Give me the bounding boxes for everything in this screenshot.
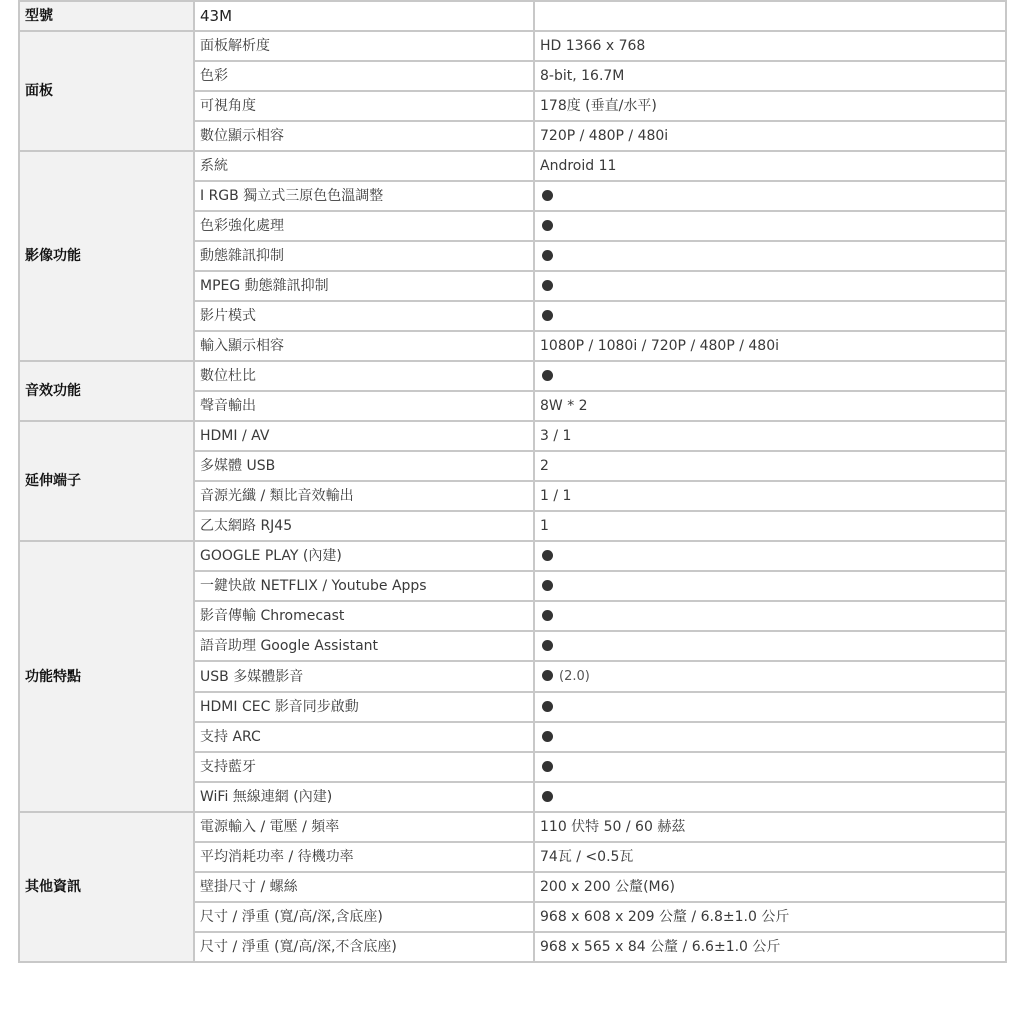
spec-value: 8W * 2 <box>534 391 1006 421</box>
spec-label: 語音助理 Google Assistant <box>194 631 534 661</box>
spec-row: 功能特點GOOGLE PLAY (內建) <box>19 541 1006 571</box>
spec-value: 2 <box>534 451 1006 481</box>
category-label: 影像功能 <box>19 151 194 361</box>
supported-bullet-icon <box>542 250 553 261</box>
category-label: 面板 <box>19 31 194 151</box>
supported-bullet-icon <box>542 190 553 201</box>
supported-bullet-icon <box>542 310 553 321</box>
spec-value: 968 x 608 x 209 公釐 / 6.8±1.0 公斤 <box>534 902 1006 932</box>
spec-label: 支持 ARC <box>194 722 534 752</box>
supported-bullet-icon <box>542 610 553 621</box>
spec-label: WiFi 無線連網 (內建) <box>194 782 534 812</box>
spec-label: MPEG 動態雜訊抑制 <box>194 271 534 301</box>
spec-value <box>534 692 1006 722</box>
supported-bullet-icon <box>542 640 553 651</box>
spec-label: 聲音輸出 <box>194 391 534 421</box>
spec-label: 數位顯示相容 <box>194 121 534 151</box>
spec-value <box>534 722 1006 752</box>
spec-label: 輸入顯示相容 <box>194 331 534 361</box>
spec-value: HD 1366 x 768 <box>534 31 1006 61</box>
spec-label: 色彩強化處理 <box>194 211 534 241</box>
spec-label: 音源光纖 / 類比音效輸出 <box>194 481 534 511</box>
spec-value: Android 11 <box>534 151 1006 181</box>
supported-bullet-icon <box>542 280 553 291</box>
spec-label: 多媒體 USB <box>194 451 534 481</box>
model-row: 型號 43M <box>19 1 1006 31</box>
spec-label: HDMI / AV <box>194 421 534 451</box>
spec-label: 動態雜訊抑制 <box>194 241 534 271</box>
supported-bullet-icon <box>542 731 553 742</box>
spec-table-body: 型號 43M 面板面板解析度HD 1366 x 768色彩8-bit, 16.7… <box>19 1 1006 962</box>
spec-value <box>534 571 1006 601</box>
spec-value <box>534 241 1006 271</box>
spec-label: 色彩 <box>194 61 534 91</box>
spec-value <box>534 752 1006 782</box>
spec-label: 尺寸 / 淨重 (寬/高/深,不含底座) <box>194 932 534 962</box>
supported-bullet-icon <box>542 370 553 381</box>
spec-row: 面板面板解析度HD 1366 x 768 <box>19 31 1006 61</box>
model-empty-cell <box>534 1 1006 31</box>
spec-label: I RGB 獨立式三原色色溫調整 <box>194 181 534 211</box>
spec-value <box>534 541 1006 571</box>
spec-value: 720P / 480P / 480i <box>534 121 1006 151</box>
spec-label: 影片模式 <box>194 301 534 331</box>
spec-label: 支持藍牙 <box>194 752 534 782</box>
spec-label: 可視角度 <box>194 91 534 121</box>
spec-label: GOOGLE PLAY (內建) <box>194 541 534 571</box>
spec-value: 968 x 565 x 84 公釐 / 6.6±1.0 公斤 <box>534 932 1006 962</box>
spec-value: 3 / 1 <box>534 421 1006 451</box>
spec-label: 一鍵快啟 NETFLIX / Youtube Apps <box>194 571 534 601</box>
model-label: 型號 <box>19 1 194 31</box>
spec-row: 延伸端子HDMI / AV3 / 1 <box>19 421 1006 451</box>
spec-label: 乙太網路 RJ45 <box>194 511 534 541</box>
category-label: 延伸端子 <box>19 421 194 541</box>
spec-value: 8-bit, 16.7M <box>534 61 1006 91</box>
supported-bullet-icon <box>542 550 553 561</box>
spec-label: 系統 <box>194 151 534 181</box>
spec-value: 110 伏特 50 / 60 赫茲 <box>534 812 1006 842</box>
spec-value: (2.0) <box>534 661 1006 692</box>
supported-bullet-icon <box>542 580 553 591</box>
spec-value: 1080P / 1080i / 720P / 480P / 480i <box>534 331 1006 361</box>
category-label: 功能特點 <box>19 541 194 812</box>
spec-table: 型號 43M 面板面板解析度HD 1366 x 768色彩8-bit, 16.7… <box>18 0 1007 963</box>
spec-value <box>534 361 1006 391</box>
spec-value <box>534 271 1006 301</box>
spec-label: 數位杜比 <box>194 361 534 391</box>
spec-label: 影音傳輸 Chromecast <box>194 601 534 631</box>
spec-value: 1 / 1 <box>534 481 1006 511</box>
spec-value: 178度 (垂直/水平) <box>534 91 1006 121</box>
spec-row: 其他資訊電源輸入 / 電壓 / 頻率110 伏特 50 / 60 赫茲 <box>19 812 1006 842</box>
spec-value <box>534 301 1006 331</box>
supported-bullet-icon <box>542 220 553 231</box>
spec-value: 200 x 200 公釐(M6) <box>534 872 1006 902</box>
supported-bullet-icon <box>542 670 553 681</box>
spec-value <box>534 631 1006 661</box>
spec-label: HDMI CEC 影音同步啟動 <box>194 692 534 722</box>
spec-label: 平均消耗功率 / 待機功率 <box>194 842 534 872</box>
supported-bullet-icon <box>542 791 553 802</box>
supported-bullet-icon <box>542 761 553 772</box>
spec-row: 影像功能系統Android 11 <box>19 151 1006 181</box>
model-value: 43M <box>194 1 534 31</box>
supported-bullet-icon <box>542 701 553 712</box>
spec-value <box>534 181 1006 211</box>
spec-label: 電源輸入 / 電壓 / 頻率 <box>194 812 534 842</box>
spec-value: 74瓦 / <0.5瓦 <box>534 842 1006 872</box>
spec-value <box>534 211 1006 241</box>
category-label: 其他資訊 <box>19 812 194 962</box>
spec-label: 尺寸 / 淨重 (寬/高/深,含底座) <box>194 902 534 932</box>
spec-note: (2.0) <box>559 669 590 684</box>
category-label: 音效功能 <box>19 361 194 421</box>
spec-value: 1 <box>534 511 1006 541</box>
spec-label: 壁掛尺寸 / 螺絲 <box>194 872 534 902</box>
spec-value <box>534 782 1006 812</box>
spec-row: 音效功能數位杜比 <box>19 361 1006 391</box>
spec-label: USB 多媒體影音 <box>194 661 534 692</box>
spec-label: 面板解析度 <box>194 31 534 61</box>
spec-value <box>534 601 1006 631</box>
